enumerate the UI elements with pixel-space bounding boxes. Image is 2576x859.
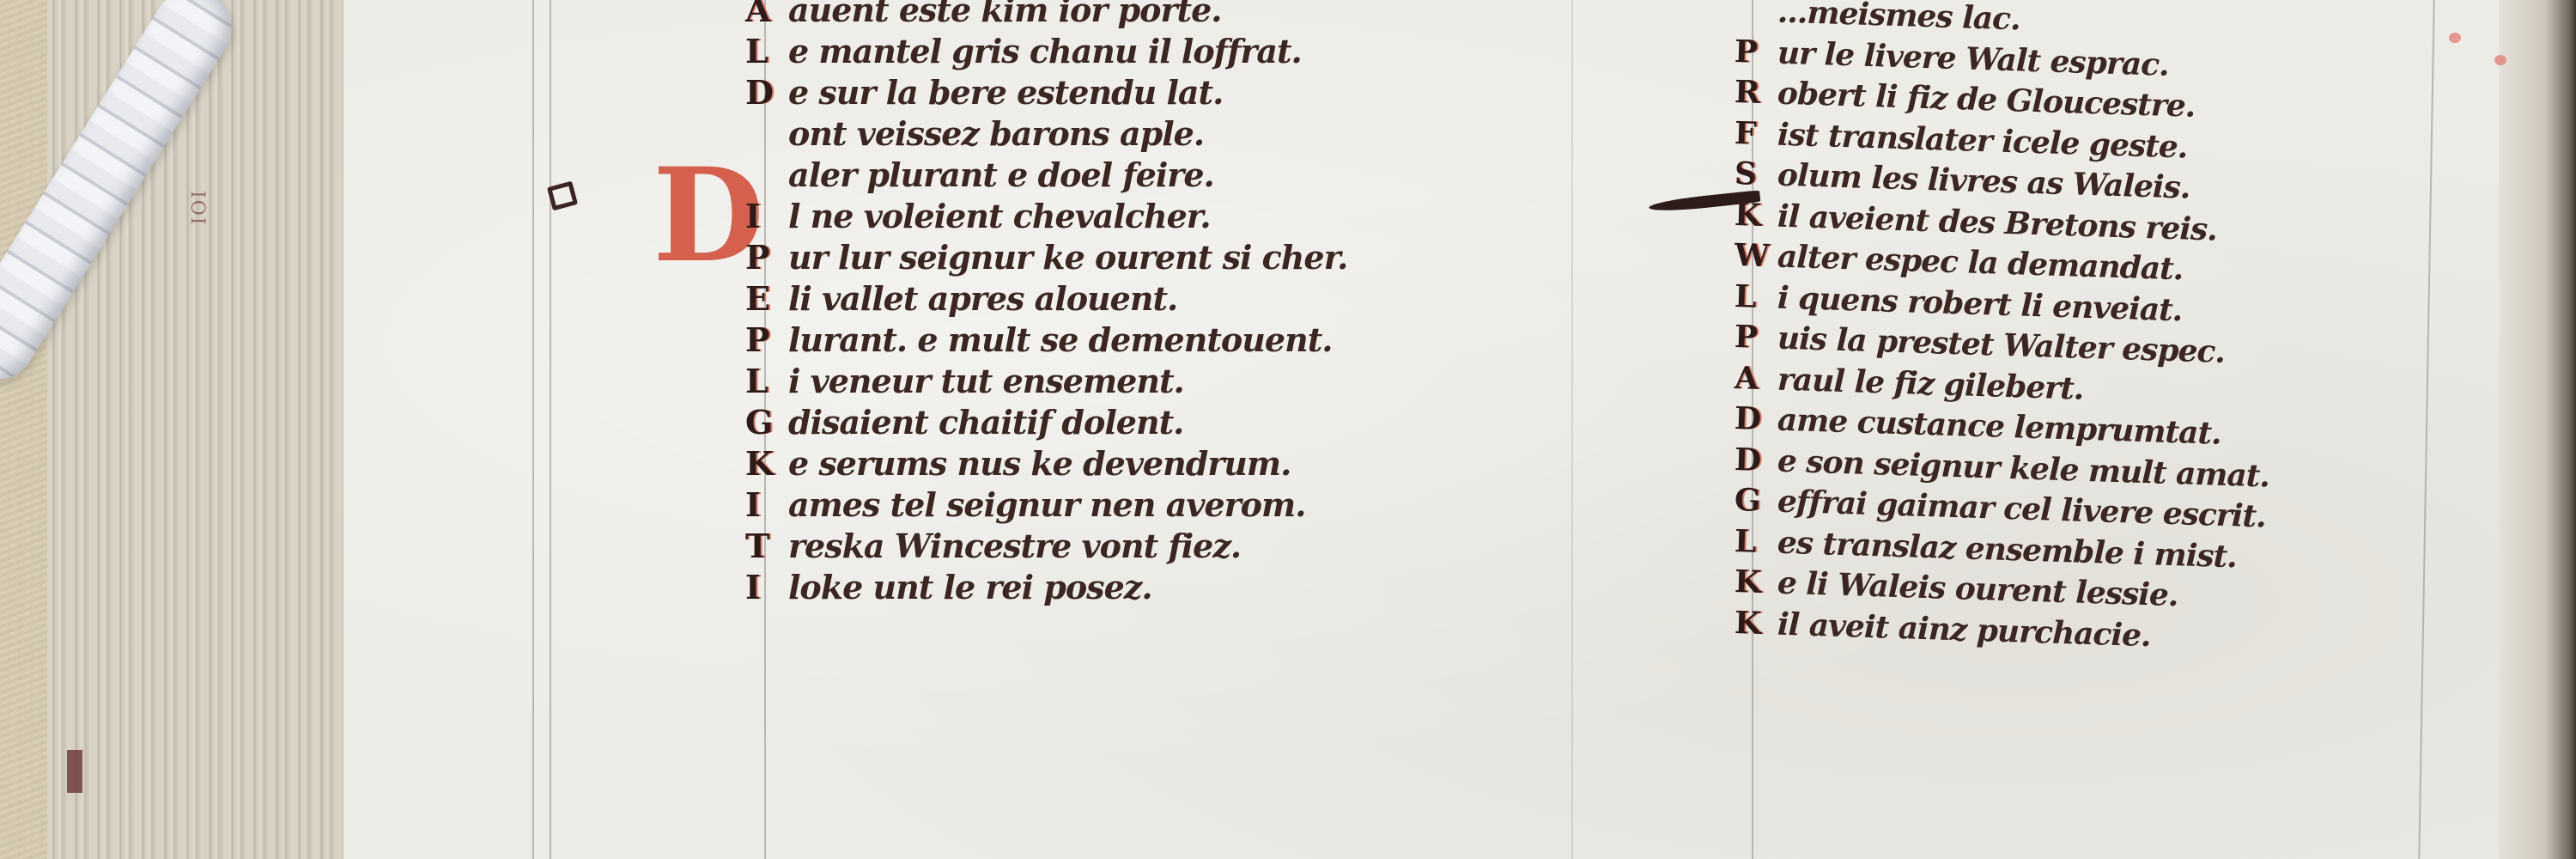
line-initial: D bbox=[1734, 439, 1772, 481]
verse-text: ont veissez barons aple. bbox=[788, 114, 1204, 153]
verse-text: li vallet apres alouent. bbox=[788, 279, 1177, 318]
line-initial: D bbox=[1734, 398, 1772, 440]
verse-text: i veneur tut ensement. bbox=[788, 362, 1184, 400]
verse-line: Le mantel gris chanu il loffrat. bbox=[745, 31, 1347, 72]
line-initial: P bbox=[745, 320, 783, 361]
line-initial: F bbox=[1734, 113, 1772, 155]
verse-line: De sur la bere estendu lat. bbox=[745, 72, 1347, 113]
verse-text: loke unt le rei posez. bbox=[788, 568, 1152, 606]
verse-text: aler plurant e doel feire. bbox=[788, 155, 1214, 194]
line-initial: T bbox=[745, 526, 783, 567]
page-gutter-shadow bbox=[2499, 0, 2576, 859]
verse-text: l ne voleient chevalcher. bbox=[788, 197, 1211, 235]
verse-line: aler plurant e doel feire. bbox=[745, 155, 1347, 196]
verse-text: disaient chaitif dolent. bbox=[788, 403, 1183, 442]
fore-edge-numeral: IOI bbox=[187, 191, 206, 226]
verse-line: Aauent este kim ior porte. bbox=[745, 0, 1347, 31]
verse-text: e sur la bere estendu lat. bbox=[788, 73, 1223, 112]
left-text-column: Aauent este kim ior porte. Le mantel gri… bbox=[745, 0, 1347, 608]
verse-line: Eli vallet apres alouent. bbox=[745, 278, 1347, 320]
book-fore-edge bbox=[0, 0, 352, 859]
line-initial: P bbox=[1734, 31, 1772, 73]
verse-line: Iloke unt le rei posez. bbox=[745, 567, 1347, 608]
line-initial: I bbox=[745, 196, 783, 237]
verse-line: Li veneur tut ensement. bbox=[745, 361, 1347, 402]
verse-line: Ke serums nus ke devendrum. bbox=[745, 443, 1347, 484]
line-initial: D bbox=[745, 72, 783, 113]
verse-text: e serums nus ke devendrum. bbox=[788, 444, 1291, 483]
verse-line: Treska Wincestre vont fiez. bbox=[745, 526, 1347, 567]
line-initial: G bbox=[1734, 479, 1772, 521]
line-initial: L bbox=[1734, 276, 1772, 318]
verse-text: auent este kim ior porte. bbox=[788, 0, 1222, 29]
verse-line: Pur lur seignur ke ourent si cher. bbox=[745, 237, 1347, 278]
line-initial: A bbox=[1734, 357, 1772, 399]
verse-line: Plurant. e mult se dementouent. bbox=[745, 320, 1347, 361]
line-initial: L bbox=[745, 31, 783, 72]
line-initial: P bbox=[1734, 316, 1772, 358]
verse-text: ...meismes lac. bbox=[1777, 0, 2020, 37]
line-initial: W bbox=[1734, 235, 1772, 277]
ruling-line bbox=[532, 0, 534, 859]
right-text-column: ...meismes lac. Pur le livere Walt espra… bbox=[1735, 0, 2269, 643]
line-initial: K bbox=[1734, 194, 1772, 236]
line-initial: R bbox=[1734, 71, 1772, 113]
ruling-line bbox=[1571, 0, 1573, 859]
line-initial: G bbox=[745, 402, 783, 443]
line-initial: S bbox=[1734, 153, 1772, 195]
ruling-line bbox=[550, 0, 551, 859]
verse-line: Gdisaient chaitif dolent. bbox=[745, 402, 1347, 443]
verse-text: lurant. e mult se dementouent. bbox=[788, 320, 1332, 359]
line-initial: I bbox=[745, 484, 783, 526]
fore-edge-tab bbox=[67, 750, 82, 793]
verse-line: Il ne voleient chevalcher. bbox=[745, 196, 1347, 237]
line-initial: K bbox=[1734, 561, 1772, 603]
line-initial: E bbox=[745, 278, 783, 320]
red-ink-speck bbox=[2494, 55, 2506, 65]
verse-text: e mantel gris chanu il loffrat. bbox=[788, 32, 1302, 70]
verse-text: reska Wincestre vont fiez. bbox=[788, 527, 1241, 565]
line-initial: K bbox=[745, 443, 783, 484]
binding-cover bbox=[0, 0, 47, 859]
line-initial: P bbox=[745, 237, 783, 278]
verse-line: Iames tel seignur nen averom. bbox=[745, 484, 1347, 526]
red-ink-speck bbox=[2449, 33, 2461, 43]
line-initial bbox=[1735, 21, 1772, 21]
verse-text: il aveit ainz purchacie. bbox=[1777, 606, 2151, 654]
line-initial: L bbox=[1734, 521, 1772, 563]
verse-line: ont veissez barons aple. bbox=[745, 113, 1347, 155]
verse-text: ames tel seignur nen averom. bbox=[788, 485, 1305, 524]
line-initial: A bbox=[745, 0, 783, 31]
line-initial: L bbox=[745, 361, 783, 402]
line-initial: K bbox=[1734, 602, 1772, 644]
verse-text: ur lur seignur ke ourent si cher. bbox=[788, 238, 1347, 277]
line-initial: I bbox=[745, 567, 783, 608]
